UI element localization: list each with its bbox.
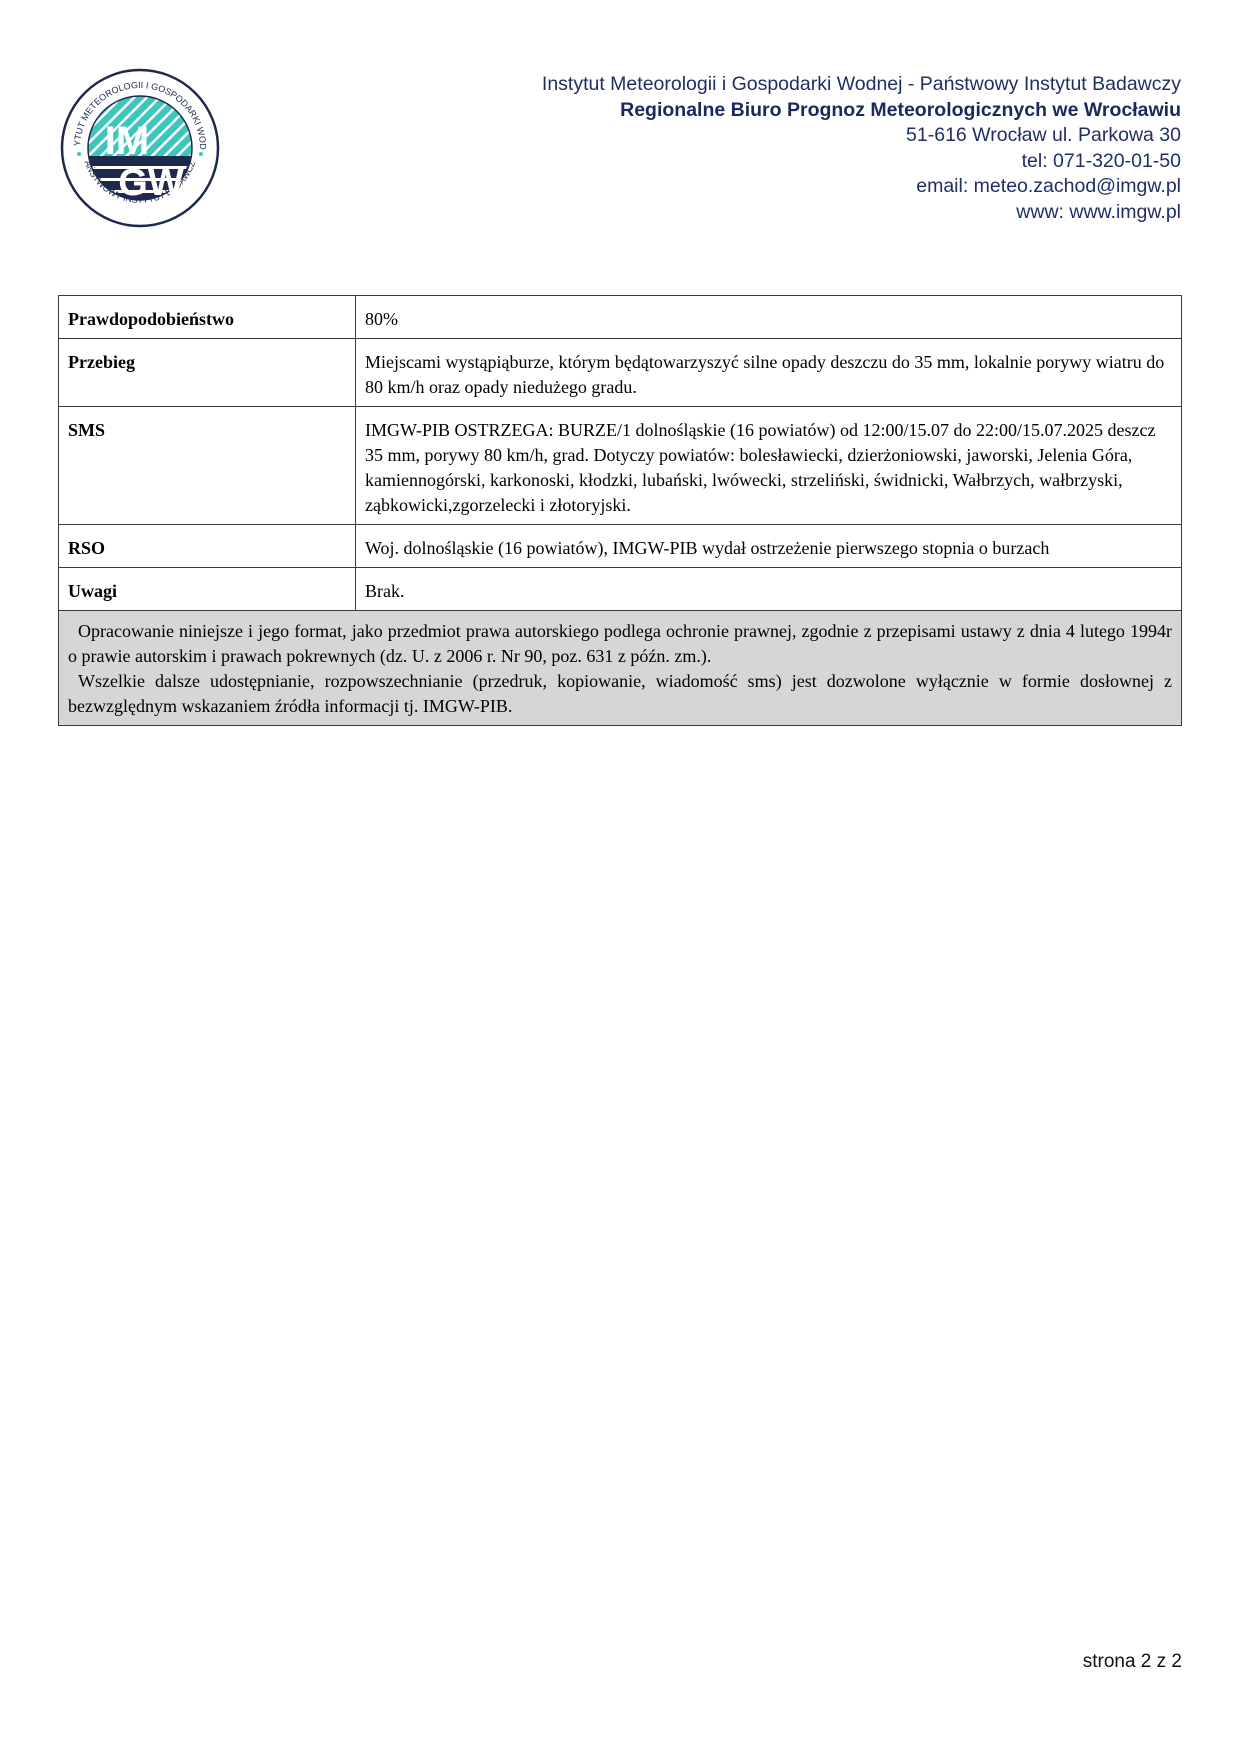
office-name: Regionalne Biuro Prognoz Meteorologiczny…: [542, 98, 1181, 124]
row-value-course: Miejscami wystąpiąburze, którym będątowa…: [356, 339, 1182, 407]
row-value-probability: 80%: [356, 296, 1182, 339]
table-row: SMS IMGW-PIB OSTRZEGA: BURZE/1 dolnośląs…: [59, 407, 1182, 525]
table-row: RSO Woj. dolnośląskie (16 powiatów), IMG…: [59, 525, 1182, 568]
institute-name: Instytut Meteorologii i Gospodarki Wodne…: [542, 72, 1181, 98]
logo-text-im: IM: [105, 119, 149, 163]
letterhead: Instytut Meteorologii i Gospodarki Wodne…: [542, 72, 1181, 225]
table-row: Przebieg Miejscami wystąpiąburze, którym…: [59, 339, 1182, 407]
row-label-remarks: Uwagi: [59, 568, 356, 611]
website[interactable]: www: www.imgw.pl: [542, 200, 1181, 226]
row-label-sms: SMS: [59, 407, 356, 525]
row-value-rso: Woj. dolnośląskie (16 powiatów), IMGW-PI…: [356, 525, 1182, 568]
table-row: Uwagi Brak.: [59, 568, 1182, 611]
row-label-course: Przebieg: [59, 339, 356, 407]
row-label-rso: RSO: [59, 525, 356, 568]
warning-details-table: Prawdopodobieństwo 80% Przebieg Miejscam…: [58, 295, 1182, 726]
logo-text-gw: GW: [118, 162, 184, 204]
page-number: strona 2 z 2: [1083, 1651, 1182, 1673]
imgw-logo: INSTYTUT METEOROLOGII I GOSPODARKI WODNE…: [60, 68, 220, 228]
copyright-notice-row: Opracowanie niniejsze i jego format, jak…: [59, 611, 1182, 726]
email[interactable]: email: meteo.zachod@imgw.pl: [542, 174, 1181, 200]
copyright-notice: Opracowanie niniejsze i jego format, jak…: [59, 611, 1182, 726]
phone: tel: 071-320-01-50: [542, 149, 1181, 175]
table-row: Prawdopodobieństwo 80%: [59, 296, 1182, 339]
row-label-probability: Prawdopodobieństwo: [59, 296, 356, 339]
address: 51-616 Wrocław ul. Parkowa 30: [542, 123, 1181, 149]
notice-paragraph-distribution: Wszelkie dalsze udostępnianie, rozpowsze…: [68, 669, 1172, 719]
notice-paragraph-copyright: Opracowanie niniejsze i jego format, jak…: [68, 619, 1172, 669]
row-value-sms: IMGW-PIB OSTRZEGA: BURZE/1 dolnośląskie …: [356, 407, 1182, 525]
row-value-remarks: Brak.: [356, 568, 1182, 611]
